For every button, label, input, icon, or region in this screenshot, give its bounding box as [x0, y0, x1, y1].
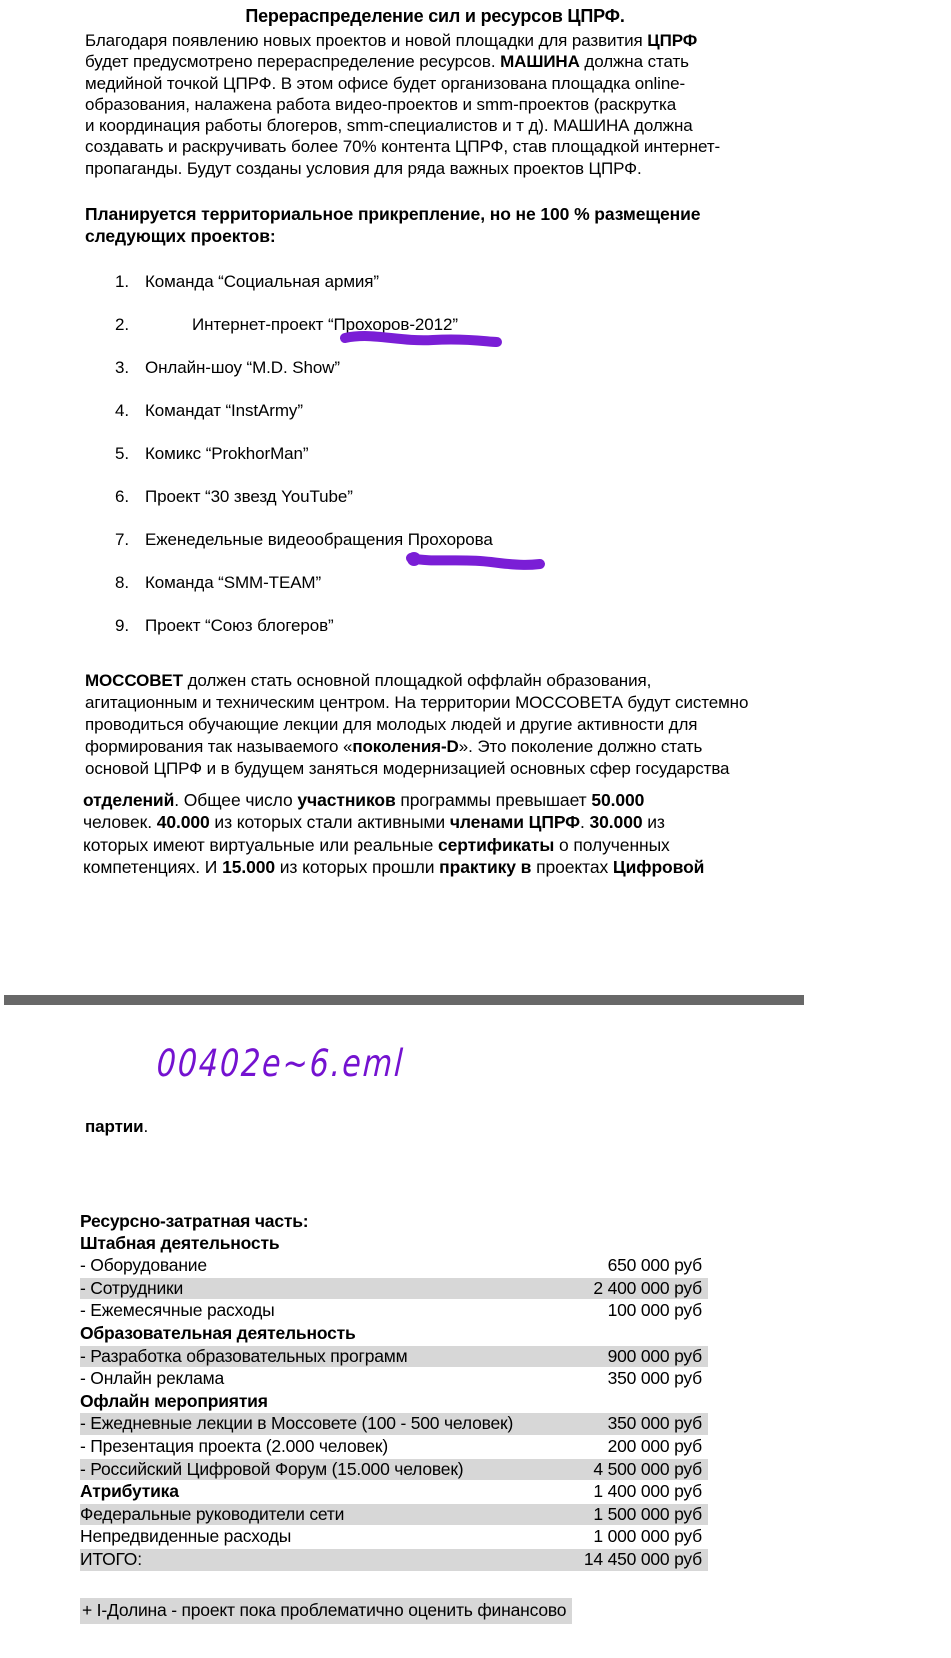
row-label: - Оборудование — [80, 1255, 207, 1278]
item-text: Проект “30 звезд YouTube” — [145, 487, 353, 506]
item-number: 7. — [115, 530, 137, 550]
item-text: Команда “Социальная армия” — [145, 272, 379, 291]
item-number: 8. — [115, 573, 137, 593]
row-value: 1 400 000 руб — [593, 1481, 708, 1504]
text-run: формирования так называемого « — [85, 737, 352, 756]
item-number: 3. — [115, 358, 137, 378]
text-run: Планируется территориальное прикрепление… — [85, 204, 700, 224]
item-text: Еженедельные видеообращения Прохорова — [145, 530, 493, 549]
item-text: Командат “InstArmy” — [145, 401, 303, 420]
filename-annotation: 00402e~6.eml — [156, 1042, 406, 1086]
text-run: . — [580, 812, 590, 832]
text-run: практику в — [439, 857, 531, 877]
text-run: . — [144, 1117, 149, 1136]
text-run: Цифровой — [613, 857, 704, 877]
row-value: 200 000 руб — [608, 1436, 708, 1459]
row-value — [702, 1323, 708, 1346]
partii-continuation: партии. — [85, 1117, 148, 1137]
text-run: 40.000 — [157, 812, 210, 832]
table-row: Штабная деятельность — [80, 1233, 708, 1256]
row-label: Штабная деятельность — [80, 1233, 279, 1256]
text-run: программы превышает — [396, 790, 592, 810]
text-run: агитационным и техническим центром. На т… — [85, 693, 748, 712]
list-item: 1.Команда “Социальная армия” — [115, 272, 493, 293]
item-number: 5. — [115, 444, 137, 464]
item-number: 4. — [115, 401, 137, 421]
text-run: должен стать основной площадкой оффлайн … — [183, 671, 651, 690]
row-value: 1 000 000 руб — [593, 1526, 708, 1549]
item-text: Комикс “ProkhorMan” — [145, 444, 308, 463]
row-value: 4 500 000 руб — [593, 1459, 708, 1481]
table-row: Офлайн мероприятия — [80, 1391, 708, 1414]
text-run: следующих проектов: — [85, 226, 276, 246]
item-text: Онлайн-шоу “M.D. Show” — [145, 358, 340, 377]
text-run: 30.000 — [590, 812, 643, 832]
intro-paragraph: Благодаря появлению новых проектов и нов… — [85, 30, 720, 179]
page-title: Перераспределение сил и ресурсов ЦПРФ. — [85, 6, 785, 27]
text-run: Благодаря появлению новых проектов и нов… — [85, 31, 647, 50]
row-label: Образовательная деятельность — [80, 1323, 356, 1346]
row-value — [702, 1391, 708, 1414]
text-run: пропаганды. Будут созданы условия для ря… — [85, 159, 642, 178]
row-label: ИТОГО: — [80, 1549, 142, 1571]
members-paragraph: отделений. Общее число участников програ… — [83, 789, 704, 878]
text-run: МАШИНА — [500, 52, 580, 71]
purple-marker-underline-item2 — [338, 329, 504, 355]
text-run: отделений — [83, 790, 174, 810]
table-row: - Ежемесячные расходы100 000 руб — [80, 1300, 708, 1323]
text-run: компетенциях. И — [83, 857, 222, 877]
text-run: из — [642, 812, 664, 832]
text-run: сертификаты — [438, 835, 554, 855]
text-run: из которых стали активными — [210, 812, 450, 832]
text-run: ЦПРФ — [647, 31, 697, 50]
table-row: - Российский Цифровой Форум (15.000 чело… — [80, 1459, 708, 1482]
table-row: - Онлайн реклама350 000 руб — [80, 1368, 708, 1391]
text-run: 50.000 — [591, 790, 644, 810]
text-run: человек. — [83, 812, 157, 832]
text-run: . Общее число — [174, 790, 297, 810]
budget-table: Ресурсно-затратная часть: Штабная деятел… — [80, 1210, 708, 1572]
row-label: - Онлайн реклама — [80, 1368, 224, 1391]
purple-marker-underline-item7 — [403, 551, 549, 577]
table-row: - Оборудование650 000 руб — [80, 1255, 708, 1278]
row-label: Непредвиденные расходы — [80, 1526, 291, 1549]
text-run: МОССОВЕТ — [85, 671, 183, 690]
section-heading: Планируется территориальное прикрепление… — [85, 203, 700, 247]
text-run: основой ЦПРФ и в будущем заняться модерн… — [85, 759, 729, 778]
row-value: 1 500 000 руб — [593, 1504, 708, 1526]
text-run: из которых прошли — [275, 857, 439, 877]
marker-stroke — [345, 336, 497, 342]
footnote-highlight: + I-Долина - проект пока проблематично о… — [80, 1598, 572, 1624]
list-item: 9.Проект “Союз блогеров” — [115, 616, 493, 637]
row-label: - Ежемесячные расходы — [80, 1300, 274, 1323]
table-row: - Сотрудники2 400 000 руб — [80, 1278, 708, 1301]
text-run: партии — [85, 1117, 144, 1136]
table-row: Атрибутика1 400 000 руб — [80, 1481, 708, 1504]
row-label: - Презентация проекта (2.000 человек) — [80, 1436, 388, 1459]
row-value: 350 000 руб — [608, 1368, 708, 1391]
row-value: 350 000 руб — [608, 1413, 708, 1435]
row-value: 900 000 руб — [608, 1346, 708, 1368]
text-run: членами ЦПРФ — [450, 812, 580, 832]
marker-blob — [407, 552, 421, 566]
page-separator-bar — [4, 995, 804, 1005]
list-item: 5.Комикс “ProkhorMan” — [115, 444, 493, 465]
marker-stroke — [411, 558, 540, 565]
text-run: участников — [297, 790, 395, 810]
table-row: ИТОГО:14 450 000 руб — [80, 1549, 708, 1572]
item-number: 6. — [115, 487, 137, 507]
item-text: Команда “SMM-TEAM” — [145, 573, 321, 592]
text-run: которых имеют виртуальные или реальные — [83, 835, 438, 855]
row-label: - Разработка образовательных программ — [80, 1346, 407, 1368]
text-run: создавать и раскручивать более 70% конте… — [85, 137, 720, 156]
text-run: о полученных — [554, 835, 669, 855]
text-run: поколения-D — [352, 737, 458, 756]
text-run: должна стать — [580, 52, 689, 71]
table-row: - Разработка образовательных программ900… — [80, 1346, 708, 1369]
text-run: будет предусмотрено перераспределение ре… — [85, 52, 500, 71]
text-run: проектах — [531, 857, 613, 877]
text-run: и координация работы блогеров, smm-специ… — [85, 116, 693, 135]
budget-heading: Ресурсно-затратная часть: — [80, 1210, 708, 1233]
text-run: медийной точкой ЦПРФ. В этом офисе будет… — [85, 74, 685, 93]
row-value: 100 000 руб — [608, 1300, 708, 1323]
list-item: 4.Командат “InstArmy” — [115, 401, 493, 422]
budget-table-rows: Штабная деятельность- Оборудование650 00… — [80, 1233, 708, 1572]
text-run: образования, налажена работа видео-проек… — [85, 95, 676, 114]
list-item: 3.Онлайн-шоу “M.D. Show” — [115, 358, 493, 379]
mossovet-paragraph: МОССОВЕТ должен стать основной площадкой… — [85, 670, 748, 780]
row-label: Федеральные руководители сети — [80, 1504, 344, 1526]
row-label: - Ежедневные лекции в Моссовете (100 - 5… — [80, 1413, 513, 1435]
row-value — [702, 1233, 708, 1256]
item-number: 9. — [115, 616, 137, 636]
item-number: 1. — [115, 272, 137, 292]
row-label: Атрибутика — [80, 1481, 179, 1504]
text-run: 15.000 — [222, 857, 275, 877]
row-value: 650 000 руб — [608, 1255, 708, 1278]
row-label: - Сотрудники — [80, 1278, 183, 1300]
row-label: - Российский Цифровой Форум (15.000 чело… — [80, 1459, 463, 1481]
text-run: ». Это поколение должно стать — [459, 737, 702, 756]
table-row: Непредвиденные расходы1 000 000 руб — [80, 1526, 708, 1549]
text-run: проводиться обучающие лекции для молодых… — [85, 715, 697, 734]
row-value: 14 450 000 руб — [584, 1549, 708, 1571]
item-number: 2. — [115, 315, 137, 335]
document-page: { "colors": { "marker_purple": "#7a1ed6"… — [0, 0, 951, 1658]
table-row: - Ежедневные лекции в Моссовете (100 - 5… — [80, 1413, 708, 1436]
table-row: - Презентация проекта (2.000 человек)200… — [80, 1436, 708, 1459]
table-row: Образовательная деятельность — [80, 1323, 708, 1346]
row-value: 2 400 000 руб — [593, 1278, 708, 1300]
row-label: Офлайн мероприятия — [80, 1391, 268, 1414]
table-row: Федеральные руководители сети1 500 000 р… — [80, 1504, 708, 1527]
item-text: Проект “Союз блогеров” — [145, 616, 334, 635]
list-item: 7.Еженедельные видеообращения Прохорова — [115, 530, 493, 551]
list-item: 6.Проект “30 звезд YouTube” — [115, 487, 493, 508]
